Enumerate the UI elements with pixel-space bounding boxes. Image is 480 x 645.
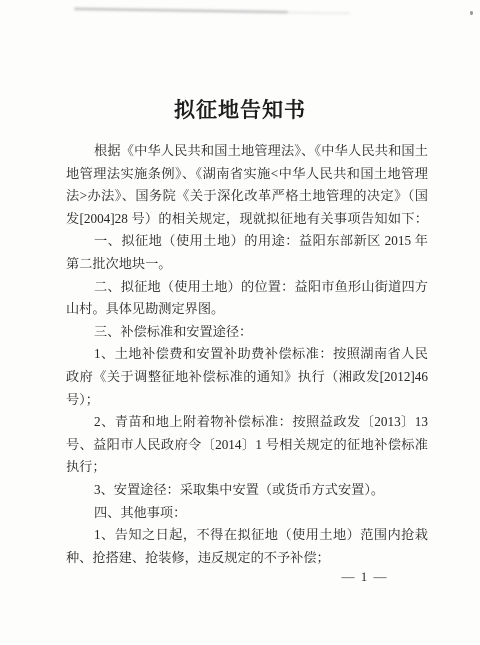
document-line: 根据《中华人民共和国土地管理法》、《中华人民共和国土 — [66, 140, 428, 163]
document-line: 发[2004]28 号）的相关规定，现就拟征地有关事项告知如下： — [66, 208, 428, 231]
document-title: 拟征地告知书 — [0, 94, 480, 124]
document-line: 法>办法》、国务院《关于深化改革严格土地管理的决定》（国 — [66, 185, 428, 208]
document-line: 政府《关于调整征地补偿标准的通知》执行（湘政发[2012]46 — [66, 366, 428, 389]
document-page: 拟征地告知书 根据《中华人民共和国土地管理法》、《中华人民共和国土地管理法实施条… — [0, 0, 480, 645]
scan-smudge-mark-light — [288, 12, 350, 15]
document-line: 号、益阳市人民政府令〔2014〕1 号相关规定的征地补偿标准 — [66, 434, 428, 457]
document-line: 山村。具体见勘测定界图。 — [66, 298, 428, 321]
document-line: 二、拟征地（使用土地）的位置：益阳市鱼形山街道四方 — [66, 276, 428, 299]
document-line: 1、土地补偿费和安置补助费补偿标准：按照湖南省人民 — [66, 343, 428, 366]
scan-dot-artifact — [470, 11, 473, 15]
scan-smudge-mark — [74, 7, 288, 13]
document-line: 号）； — [66, 389, 428, 412]
document-line: 2、青苗和地上附着物补偿标准：按照益政发〔2013〕13 — [66, 411, 428, 434]
body-text: 根据《中华人民共和国土地管理法》、《中华人民共和国土地管理法实施条例》、《湖南省… — [66, 140, 428, 569]
document-line: 种、抢搭建、抢装修，违反规定的不予补偿； — [66, 547, 428, 570]
document-line: 三、补偿标准和安置途径： — [66, 321, 428, 344]
document-line: 四、其他事项： — [66, 502, 428, 525]
document-line: 地管理法实施条例》、《湖南省实施<中华人民共和国土地管理 — [66, 163, 428, 186]
document-line: 1、告知之日起，不得在拟征地（使用土地）范围内抢栽 — [66, 524, 428, 547]
page-number: — 1 — — [342, 569, 389, 585]
document-line: 3、安置途径：采取集中安置（或货币方式安置）。 — [66, 479, 428, 502]
document-line: 一、拟征地（使用土地）的用途：益阳东部新区 2015 年 — [66, 230, 428, 253]
document-line: 执行； — [66, 456, 428, 479]
document-line: 第二批次地块一。 — [66, 253, 428, 276]
